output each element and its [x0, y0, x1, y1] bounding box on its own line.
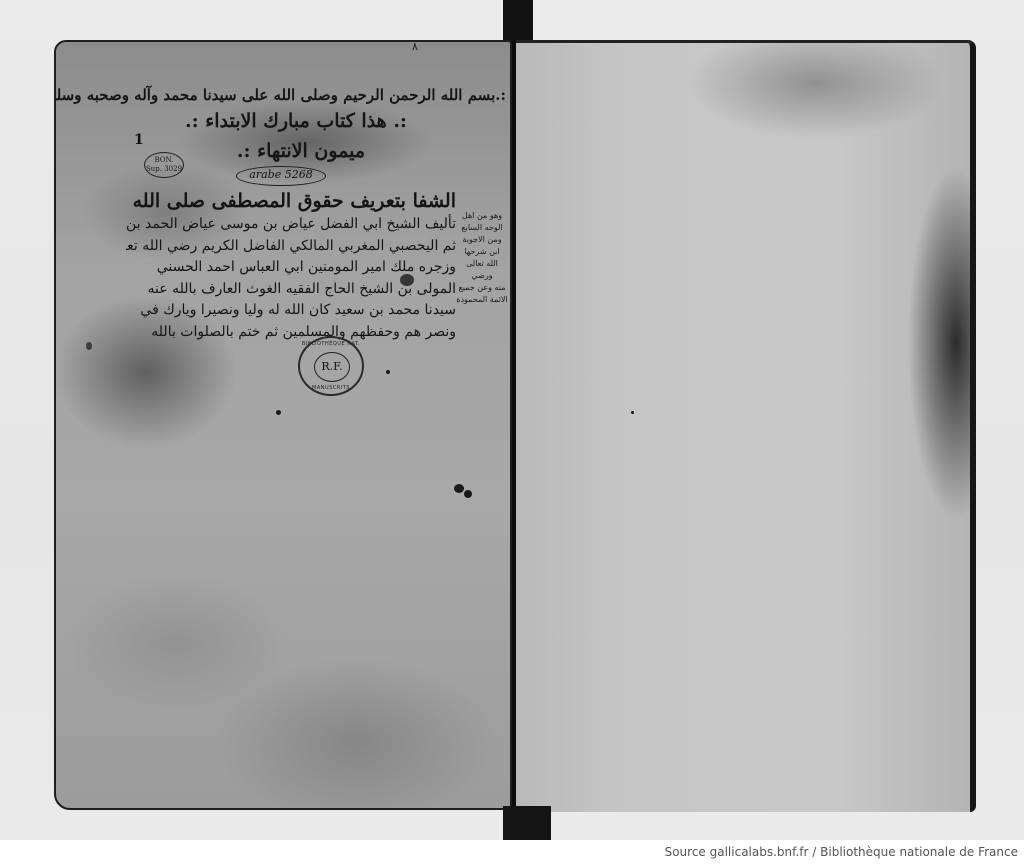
ink-blot [454, 484, 464, 493]
body-line: الشفا بتعريف حقوق المصطفى صلى الله تعالى… [126, 188, 456, 214]
manuscript-right-page-blank [516, 40, 976, 812]
ink-blot [400, 274, 414, 286]
folio-top-mark: ٨ [412, 40, 418, 53]
speck [631, 411, 634, 414]
ink-blot [276, 410, 281, 415]
title-line-1: :. هذا كتاب مبارك الابتداء :. [146, 110, 446, 132]
manuscript-body-text: الشفا بتعريف حقوق المصطفى صلى الله تعالى… [126, 188, 456, 343]
manuscript-left-page: ٨ 1 :.بسم الله الرحمن الرحيم وصلى الله ع… [54, 40, 512, 810]
folio-number: 1 [134, 132, 144, 148]
margin-note-line: الائمة المحمودة [456, 294, 508, 306]
body-line: ثم اليحصبي المغربي المالكي الفاضل الكريم… [126, 236, 456, 258]
ink-blot [464, 490, 472, 498]
call-number-label: arabe 5268 [236, 166, 326, 186]
shelf-mark-stamp: BON. Sup. 3029 [144, 152, 184, 178]
shelf-mark-line-1: BON. [155, 156, 174, 164]
stamp-ring-top-text: BIBLIOTHÈQUE NAT. [300, 341, 362, 347]
title-line-2: ميمون الانتهاء :. [176, 140, 426, 162]
stamp-ring-bottom-text: MANUSCRITS [300, 385, 362, 391]
shelf-mark-line-2: Sup. 3029 [146, 165, 182, 173]
body-line: ونصر هم وحفظهم والمسلمين ثم ختم بالصلوات… [126, 322, 456, 344]
binding-gutter-bottom [503, 806, 551, 840]
margin-note-line: ابن شرحها [456, 246, 508, 258]
margin-note-line: الله تعالى ورضي [456, 258, 508, 282]
body-line: سيدنا محمد بن سعيد كان الله له وليا ونصي… [126, 300, 456, 322]
library-stamp: BIBLIOTHÈQUE NAT. R.F. MANUSCRITS [298, 336, 364, 396]
margin-note-line: الوجه السابع [456, 222, 508, 234]
stamp-center-text: R.F. [314, 352, 350, 382]
ink-blot [86, 342, 92, 350]
basmala-line: :.بسم الله الرحمن الرحيم وصلى الله على س… [126, 86, 506, 104]
margin-note-line: منه وعن جميع [456, 282, 508, 294]
margin-note-line: ومن الاجوبة [456, 234, 508, 246]
margin-note-line: وهو من اهل [456, 210, 508, 222]
marginal-note: وهو من اهل الوجه السابع ومن الاجوبة ابن … [456, 210, 508, 306]
source-credit: Source gallicalabs.bnf.fr / Bibliothèque… [665, 845, 1018, 859]
body-line: تأليف الشيخ ابي الفضل عياض بن موسى عياض … [126, 214, 456, 236]
ink-blot [386, 370, 390, 374]
